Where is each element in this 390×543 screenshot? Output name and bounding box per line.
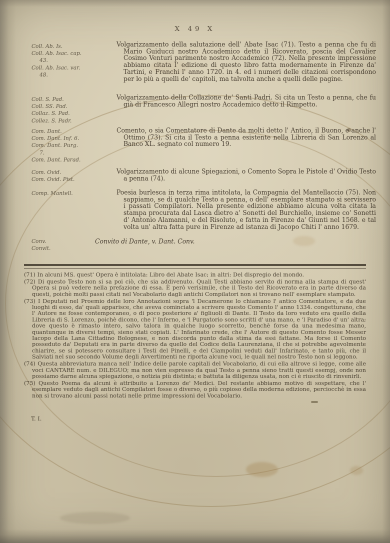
volume-signature: T. I. (31, 415, 42, 422)
scan-edge-bottom (0, 529, 390, 543)
margin-abbreviation: Convit. (32, 245, 124, 252)
entry-text: Volgarizzamento della Collazione de' San… (117, 94, 377, 108)
scan-edge-left (0, 0, 16, 543)
margin-abbreviations: Coll. Ab. Is. Coll. Ab. Isac. cap. 43. C… (32, 43, 124, 79)
margin-abbreviation: Com. Dant. Purg. (32, 142, 124, 149)
margin-abbreviations: Com. Dant. Com. Dant. Inf. 6. Com. Dant.… (32, 128, 124, 164)
margin-abbreviation: Coll. Ab. Isac. var. (32, 64, 124, 71)
margin-abbreviation: Coll. Ab. Is. (32, 43, 124, 50)
page-number: X 49 X (0, 25, 390, 33)
ink-mark (311, 401, 318, 403)
margin-abbreviation: 7. (32, 149, 124, 156)
margin-abbreviation: Collaz. S. Pad. (32, 110, 124, 117)
paper-stain (246, 462, 278, 477)
footnote: (73) I Deputati nel Proemio delle loro A… (32, 298, 366, 360)
entry-text: Comento, o sia Comentatore di Dante da m… (117, 127, 377, 148)
margin-abbreviation: Com. Ovid. (32, 169, 124, 176)
margin-abbreviations: Com. Ovid. Com. Ovid. Pist. (32, 169, 124, 183)
scan-edge-right (382, 0, 390, 543)
margin-abbreviation: Com. Dant. (32, 128, 124, 135)
margin-abbreviation: Coll. Ab. Isac. cap. (32, 50, 124, 57)
margin-abbreviation: Comp. Mantell. (32, 190, 124, 197)
margin-abbreviation: Coll. SS. Pad. (32, 103, 124, 110)
footnote-separator-rule (24, 264, 366, 269)
footnote: (72) Di questo Testo non si sa poi ciò, … (32, 279, 366, 298)
margin-abbreviations: Comp. Mantell. (32, 190, 124, 197)
margin-abbreviation: Com. Dant. Inf. 6. (32, 135, 124, 142)
paper-stain (60, 512, 130, 524)
margin-abbreviation: Com. Dant. Parad. (32, 156, 124, 163)
entry-text: Convito di Dante, v. Dant. Conv. (95, 238, 362, 245)
margin-abbreviation: Collez. S. Padr. (32, 117, 124, 124)
paper-stain (350, 466, 363, 475)
margin-abbreviation: 48. (32, 71, 124, 78)
margin-abbreviation: Coll. S. Pad. (32, 96, 124, 103)
entry-text: Volgarizzamento della salutazione dell' … (117, 41, 377, 82)
margin-abbreviation: 43. (32, 57, 124, 64)
scan-edge-top (0, 0, 390, 7)
footnote: (71) In alcuni MS. quest' Opera è intito… (32, 272, 366, 278)
scanned-book-page: X 49 X Coll. Ab. Is. Coll. Ab. Isac. cap… (0, 0, 390, 543)
footnote: (75) Questo Poema da alcuni è attribuito… (32, 380, 366, 399)
entry-text: Volgarizzamento di alcune Spiegazioni, o… (117, 168, 377, 182)
margin-abbreviations: Coll. S. Pad. Coll. SS. Pad. Collaz. S. … (32, 96, 124, 124)
footnotes-block: (71) In alcuni MS. quest' Opera è intito… (24, 272, 366, 400)
margin-abbreviation: Com. Ovid. Pist. (32, 176, 124, 183)
entry-text: Poesia burlesca in terza rima intitolata… (117, 189, 377, 230)
footnote: (74) Questa abbreviatura manca nell' Ind… (32, 361, 366, 380)
